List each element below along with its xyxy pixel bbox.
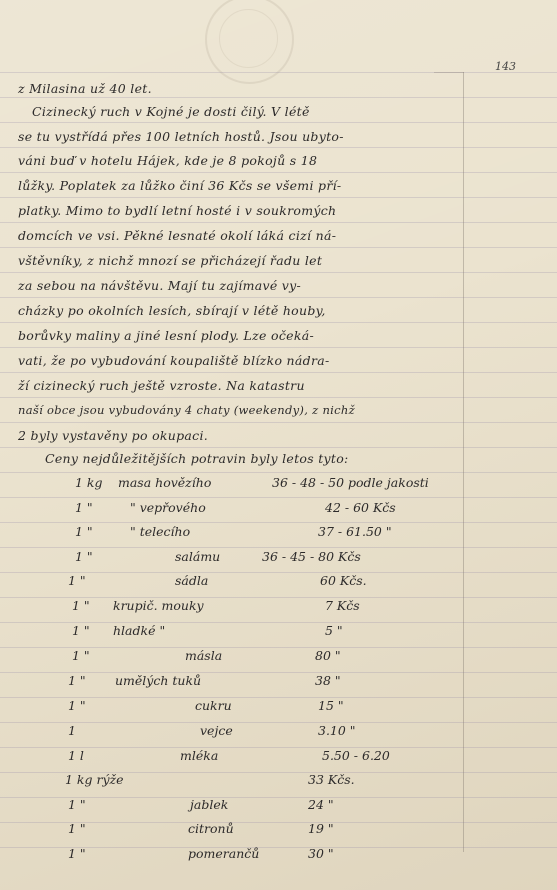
text-line: lůžky. Poplatek za lůžko činí 36 Kčs se … <box>18 178 341 193</box>
price-value: 33 Kčs. <box>308 772 355 787</box>
price-item: salámu <box>175 549 220 564</box>
ruled-line <box>0 322 557 323</box>
price-row: 1 " sádla 60 Kčs. <box>0 573 557 593</box>
price-row: 1 kg rýže 33 Kčs. <box>0 772 557 792</box>
price-value: 7 Kčs <box>325 598 360 613</box>
price-item: hladké " <box>113 623 165 638</box>
document-page: 143 z Milasina už 40 let. Cizinecký ruch… <box>0 0 557 890</box>
ruled-line <box>0 147 557 148</box>
text-line: Cizinecký ruch v Kojné je dosti čilý. V … <box>32 104 310 119</box>
price-value: 38 " <box>315 673 341 688</box>
price-row: 1 " " vepřového 42 - 60 Kčs <box>0 500 557 520</box>
price-row: 1 " krupič. mouky 7 Kčs <box>0 598 557 618</box>
price-qty: 1 " <box>68 673 86 688</box>
price-value: 37 - 61.50 " <box>318 524 392 539</box>
ruled-line <box>0 297 557 298</box>
ruled-line <box>0 522 557 523</box>
price-qty: 1 " <box>72 648 90 663</box>
price-value: 5 " <box>325 623 343 638</box>
ruled-line <box>0 472 557 473</box>
ruled-line <box>0 97 557 98</box>
price-qty: 1 <box>68 723 76 738</box>
text-line: 2 byly vystavěny po okupaci. <box>18 428 208 443</box>
ruled-line <box>0 547 557 548</box>
ruled-line <box>0 447 557 448</box>
price-qty: 1 " <box>75 524 93 539</box>
text-line: cházky po okolních lesích, sbírají v lét… <box>18 303 326 318</box>
price-value: 42 - 60 Kčs <box>325 500 396 515</box>
price-item: pomerančů <box>188 846 259 861</box>
text-line: naší obce jsou vybudovány 4 chaty (weeke… <box>18 403 355 417</box>
price-qty: 1 " <box>75 549 93 564</box>
price-value: 60 Kčs. <box>320 573 367 588</box>
price-qty: 1 " <box>68 698 86 713</box>
price-value: 80 " <box>315 648 341 663</box>
ruled-line <box>0 272 557 273</box>
price-row: 1 " hladké " 5 " <box>0 623 557 643</box>
ruled-line <box>0 197 557 198</box>
text-line: váni buď v hotelu Hájek, kde je 8 pokojů… <box>18 153 317 168</box>
price-item: másla <box>185 648 222 663</box>
price-row: 1 " " telecího 37 - 61.50 " <box>0 524 557 544</box>
ruled-line <box>0 172 557 173</box>
price-row: 1 " citronů 19 " <box>0 821 557 841</box>
price-item: cukru <box>195 698 232 713</box>
price-item: " telecího <box>130 524 190 539</box>
text-line: platky. Mimo to bydlí letní hosté i v so… <box>18 203 336 218</box>
price-qty: 1 " <box>72 598 90 613</box>
price-item: mléka <box>180 748 218 763</box>
text-line: vštěvníky, z nichž mnozí se přicházejí ř… <box>18 253 322 268</box>
price-qty: 1 " <box>68 797 86 812</box>
ruled-line <box>0 497 557 498</box>
price-row: 1 " másla 80 " <box>0 648 557 668</box>
text-line: se tu vystřídá přes 100 letních hostů. J… <box>18 129 344 144</box>
ruled-line <box>0 422 557 423</box>
price-qty: 1 l <box>68 748 84 763</box>
price-row: 1 vejce 3.10 " <box>0 723 557 743</box>
ruled-line <box>0 372 557 373</box>
price-qty: 1 " <box>75 500 93 515</box>
price-row: 1 " salámu 36 - 45 - 80 Kčs <box>0 549 557 569</box>
text-line: vati, že po vybudování koupaliště blízko… <box>18 353 330 368</box>
page-number: 143 <box>495 60 516 73</box>
ruled-line <box>0 247 557 248</box>
ruled-line <box>0 347 557 348</box>
text-line: domcích ve vsi. Pěkné lesnaté okolí láká… <box>18 228 336 243</box>
price-value: 36 - 45 - 80 Kčs <box>262 549 361 564</box>
price-value: 5.50 - 6.20 <box>322 748 390 763</box>
price-item: sádla <box>175 573 208 588</box>
price-qty: 1 kg rýže <box>65 772 124 787</box>
price-item: citronů <box>188 821 234 836</box>
price-qty: 1 " <box>68 846 86 861</box>
text-line: borůvky maliny a jiné lesní plody. Lze o… <box>18 328 314 343</box>
price-value: 15 " <box>318 698 344 713</box>
price-item: masa hovězího <box>118 475 211 490</box>
price-qty: 1 " <box>72 623 90 638</box>
price-item: umělých tuků <box>115 673 201 688</box>
price-value: 30 " <box>308 846 334 861</box>
text-line: za sebou na návštěvu. Mají tu zajímavé v… <box>18 278 301 293</box>
price-row: 1 l mléka 5.50 - 6.20 <box>0 748 557 768</box>
price-value: 19 " <box>308 821 334 836</box>
price-value: 36 - 48 - 50 podle jakosti <box>272 475 429 490</box>
text-line: z Milasina už 40 let. <box>18 81 152 96</box>
price-item: vejce <box>200 723 233 738</box>
price-qty: 1 kg <box>75 475 103 490</box>
price-row: 1 " jablek 24 " <box>0 797 557 817</box>
price-qty: 1 " <box>68 821 86 836</box>
price-qty: 1 " <box>68 573 86 588</box>
price-item: krupič. mouky <box>113 598 204 613</box>
text-line: Ceny nejdůležitějších potravin byly leto… <box>45 451 349 466</box>
price-row: 1 " cukru 15 " <box>0 698 557 718</box>
price-row: 1 kg masa hovězího 36 - 48 - 50 podle ja… <box>0 475 557 495</box>
ruled-line <box>0 122 557 123</box>
faded-stamp-inner <box>219 9 278 68</box>
margin-corner <box>434 72 464 73</box>
price-row: 1 " umělých tuků 38 " <box>0 673 557 693</box>
ruled-line <box>0 72 557 73</box>
price-item: " vepřového <box>130 500 206 515</box>
ruled-line <box>0 397 557 398</box>
price-item: jablek <box>190 797 228 812</box>
price-row: 1 " pomerančů 30 " <box>0 846 557 866</box>
price-value: 3.10 " <box>318 723 356 738</box>
price-value: 24 " <box>308 797 334 812</box>
text-line: ží cizinecký ruch ještě vzroste. Na kata… <box>18 378 305 393</box>
ruled-line <box>0 222 557 223</box>
